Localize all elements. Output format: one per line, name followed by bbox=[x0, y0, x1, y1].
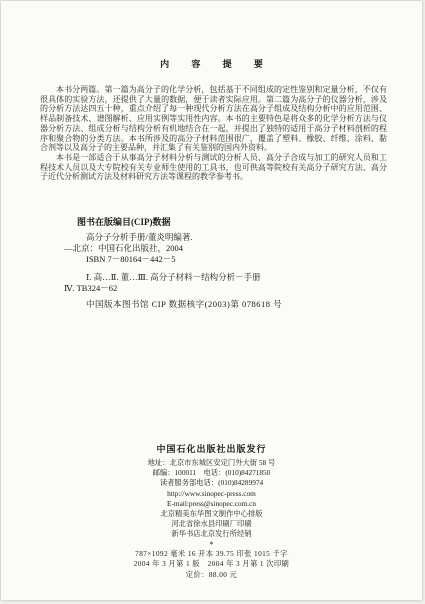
cip-classification-2: Ⅳ. TB324－62 bbox=[64, 283, 364, 294]
publisher-address: 地址：北京市东城区安定门外大街 58 号 bbox=[1, 458, 422, 468]
price: 定价：88.00 元 bbox=[1, 570, 422, 581]
cip-isbn: ISBN 7－80164－442－5 bbox=[64, 254, 364, 265]
publisher-email: E-mail:press@sinopec.com.cn bbox=[1, 499, 422, 509]
cip-classification-1: Ⅰ. 高…Ⅱ. 董…Ⅲ. 高分子材料－结构分析－手册 bbox=[64, 272, 364, 283]
reader-service-phone: 读者服务部电话：(010)84289974 bbox=[1, 478, 422, 488]
typesetting-credit: 北京精美东华图文制作中心排版 bbox=[1, 509, 422, 519]
summary-heading: 内 容 提 要 bbox=[1, 57, 422, 70]
summary-text: 本书分两篇。第一篇为高分子的化学分析，包括基于不同组成的定性鉴别和定量分析，不仅… bbox=[40, 85, 387, 182]
cip-record-number: 中国版本图书馆 CIP 数据核字(2003)第 078618 号 bbox=[86, 298, 386, 310]
postcode-phone: 邮编：100011 电话：(010)84271850 bbox=[1, 468, 422, 478]
format-specs: 787×1092 毫米 16 开本 39.75 印张 1015 千字 bbox=[1, 549, 422, 560]
separator-star: * bbox=[1, 540, 422, 549]
publisher-website: http://www.sinopec-press.com bbox=[1, 489, 422, 499]
publisher-name: 中国石化出版社出版发行 bbox=[1, 442, 422, 455]
summary-paragraph-2: 本书是一部适合于从事高分子材料分析与测试的分析人员、高分子合成与加工的研究人员和… bbox=[40, 153, 387, 182]
distribution-credit: 新华书店北京发行所经销 bbox=[1, 529, 422, 539]
summary-paragraph-1: 本书分两篇。第一篇为高分子的化学分析，包括基于不同组成的定性鉴别和定量分析，不仅… bbox=[40, 85, 387, 153]
colophon-block: 中国石化出版社出版发行 地址：北京市东城区安定门外大街 58 号 邮编：1000… bbox=[1, 442, 422, 580]
edition-info: 2004 年 3 月第 1 版 2004 年 3 月第 1 次印刷 bbox=[1, 559, 422, 570]
cip-publisher-line: —北京：中国石化出版社，2004 bbox=[64, 243, 364, 254]
cip-book-title: 高分子分析手册/董炎明编著. bbox=[64, 232, 364, 243]
cip-block: 图书在版编目(CIP)数据 高分子分析手册/董炎明编著. —北京：中国石化出版社… bbox=[64, 217, 364, 294]
cip-heading: 图书在版编目(CIP)数据 bbox=[64, 217, 364, 228]
scanned-copyright-page: 内 容 提 要 本书分两篇。第一篇为高分子的化学分析，包括基于不同组成的定性鉴别… bbox=[1, 1, 422, 600]
printing-credit: 河北省徐水县印刷厂印刷 bbox=[1, 519, 422, 529]
spacer bbox=[64, 265, 364, 272]
